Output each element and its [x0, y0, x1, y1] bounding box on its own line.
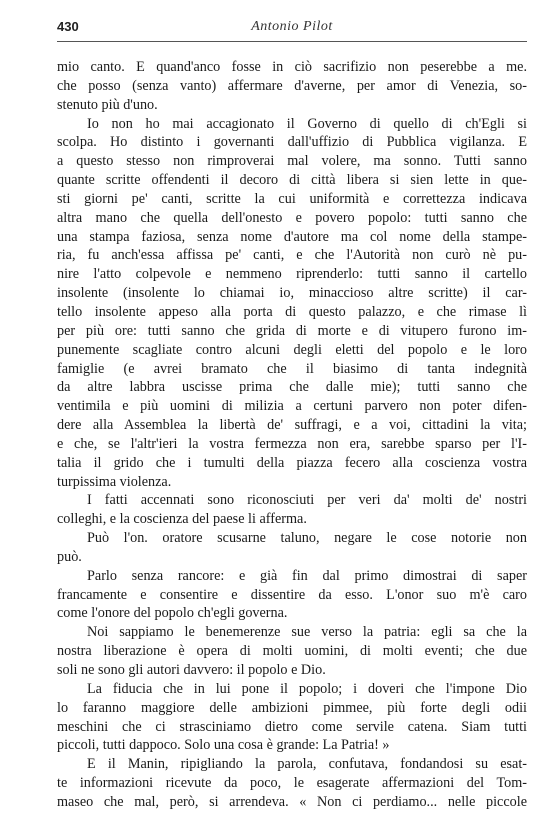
text-line: a questo stesso non rimproverai mal vole…	[57, 152, 527, 171]
text-line: Noi sappiamo le benemerenze sue verso la…	[57, 623, 527, 642]
text-line: te informazioni ricevute da poco, le esa…	[57, 774, 527, 793]
text-line: altra mano che quella dell'onesto e pove…	[57, 209, 527, 228]
text-line: nostra liberazione è opera di molti uomi…	[57, 642, 527, 661]
text-line: lo faranno maggiore delle ambizioni pimm…	[57, 699, 527, 718]
text-line: soli ne sono gli autori davvero: il popo…	[57, 661, 527, 680]
text-line: ventimila e più uomini di milizia a cert…	[57, 397, 527, 416]
text-line: meschini che ci strasciniamo dietro come…	[57, 718, 527, 737]
text-line: stenuto più d'uno.	[57, 96, 527, 115]
text-line: per più ore: tutti sanno che grida di mo…	[57, 322, 527, 341]
text-line: mio canto. E quand'anco fosse in ciò sac…	[57, 58, 527, 77]
text-line: turpissima violenza.	[57, 473, 527, 492]
text-line: quante scritte offendenti il decoro di c…	[57, 171, 527, 190]
text-line: può.	[57, 548, 527, 567]
text-line: ria, fu anch'essa affissa pe' canti, e c…	[57, 246, 527, 265]
text-line: Parlo senza rancore: e già fin dal primo…	[57, 567, 527, 586]
page-header: 430 Antonio Pilot	[57, 16, 527, 38]
text-line: e che, se l'altr'ieri la vostra fermezza…	[57, 435, 527, 454]
text-line: E il Manin, ripigliando la parola, confu…	[57, 755, 527, 774]
body-text: mio canto. E quand'anco fosse in ciò sac…	[57, 58, 527, 812]
text-line: tello insolente appeso alla porta di que…	[57, 303, 527, 322]
text-line: una stampa faziosa, senza nome d'autore …	[57, 228, 527, 247]
text-line: francamente e consentire e dissentire da…	[57, 586, 527, 605]
text-line: talia il grido che i tumulti della piazz…	[57, 454, 527, 473]
text-line: che posso (senza vanto) affermare d'aver…	[57, 77, 527, 96]
header-rule	[57, 41, 527, 42]
text-line: colleghi, e la coscienza del paese li af…	[57, 510, 527, 529]
text-line: insolente (insolente lo chiamai io, mina…	[57, 284, 527, 303]
text-line: I fatti accennati sono riconosciuti per …	[57, 491, 527, 510]
text-line: Io non ho mai accagionato il Governo di …	[57, 115, 527, 134]
text-line: nire l'atto colpevole e nemmeno riprende…	[57, 265, 527, 284]
text-line: famiglie (e avrei bramato che il biasimo…	[57, 360, 527, 379]
text-line: piccoli, tutti dappoco. Solo una cosa è …	[57, 736, 527, 755]
text-line: sti giorni pe' canti, scritte la cui uni…	[57, 190, 527, 209]
text-line: come l'onore del popolo ch'egli governa.	[57, 604, 527, 623]
text-line: maseo che mal, però, si arrendeva. « Non…	[57, 793, 527, 812]
running-title: Antonio Pilot	[57, 16, 527, 38]
text-line: La fiducia che in lui pone il popolo; i …	[57, 680, 527, 699]
text-line: Può l'on. oratore scusarne taluno, negar…	[57, 529, 527, 548]
text-line: punemente scagliate contro alcuni degli …	[57, 341, 527, 360]
text-line: dere alla Assemblea la libertà de' suffr…	[57, 416, 527, 435]
text-line: da altre labbra uscisse prima che dalle …	[57, 378, 527, 397]
text-line: scolpa. Ho distinto i governanti dall'uf…	[57, 133, 527, 152]
